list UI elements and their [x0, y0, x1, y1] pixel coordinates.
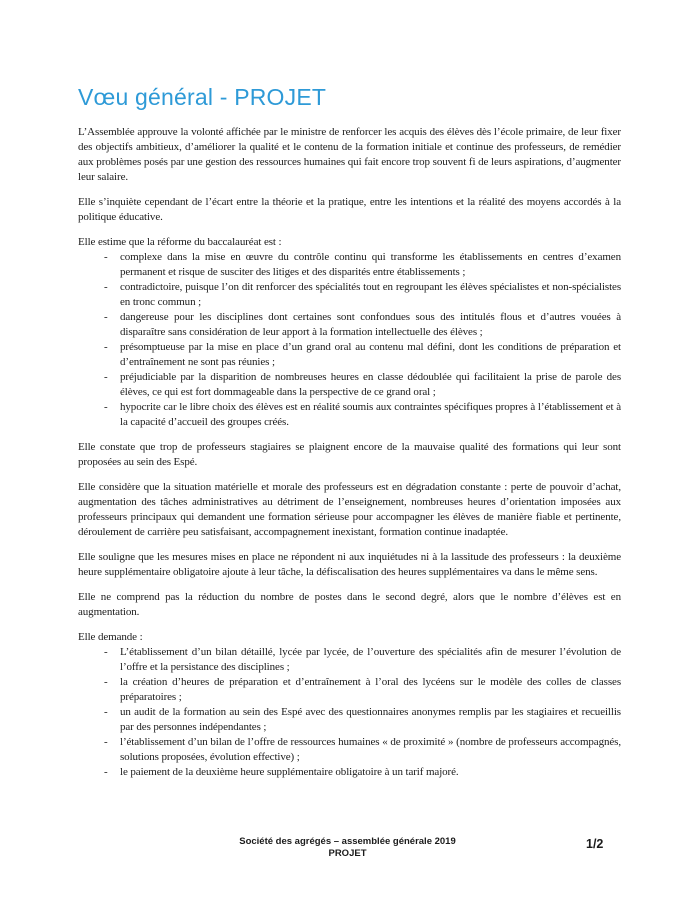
paragraph: Elle estime que la réforme du baccalauré… — [78, 235, 621, 250]
document-content: Vœu général - PROJET L’Assemblée approuv… — [78, 84, 621, 790]
list-item: préjudiciable par la disparition de nomb… — [78, 370, 621, 400]
paragraph: Elle s’inquiète cependant de l’écart ent… — [78, 195, 621, 225]
paragraph: Elle ne comprend pas la réduction du nom… — [78, 590, 621, 620]
dash-list: L’établissement d’un bilan détaillé, lyc… — [78, 645, 621, 780]
page-number: 1/2 — [586, 837, 603, 851]
paragraph: L’Assemblée approuve la volonté affichée… — [78, 125, 621, 185]
list-item: dangereuse pour les disciplines dont cer… — [78, 310, 621, 340]
document-body: L’Assemblée approuve la volonté affichée… — [78, 125, 621, 780]
list-item: la création d’heures de préparation et d… — [78, 675, 621, 705]
paragraph: Elle demande : — [78, 630, 621, 645]
list-item: l’établissement d’un bilan de l’offre de… — [78, 735, 621, 765]
list-item: contradictoire, puisque l’on dit renforc… — [78, 280, 621, 310]
list-item: complexe dans la mise en œuvre du contrô… — [78, 250, 621, 280]
list-item: un audit de la formation au sein des Esp… — [78, 705, 621, 735]
dash-list: complexe dans la mise en œuvre du contrô… — [78, 250, 621, 430]
list-item: hypocrite car le libre choix des élèves … — [78, 400, 621, 430]
paragraph: Elle considère que la situation matériel… — [78, 480, 621, 540]
list-item: L’établissement d’un bilan détaillé, lyc… — [78, 645, 621, 675]
document-title: Vœu général - PROJET — [78, 84, 621, 111]
paragraph: Elle constate que trop de professeurs st… — [78, 440, 621, 470]
document-page: Vœu général - PROJET L’Assemblée approuv… — [0, 0, 695, 900]
paragraph: Elle souligne que les mesures mises en p… — [78, 550, 621, 580]
list-item: le paiement de la deuxième heure supplém… — [78, 765, 621, 780]
list-item: présomptueuse par la mise en place d’un … — [78, 340, 621, 370]
